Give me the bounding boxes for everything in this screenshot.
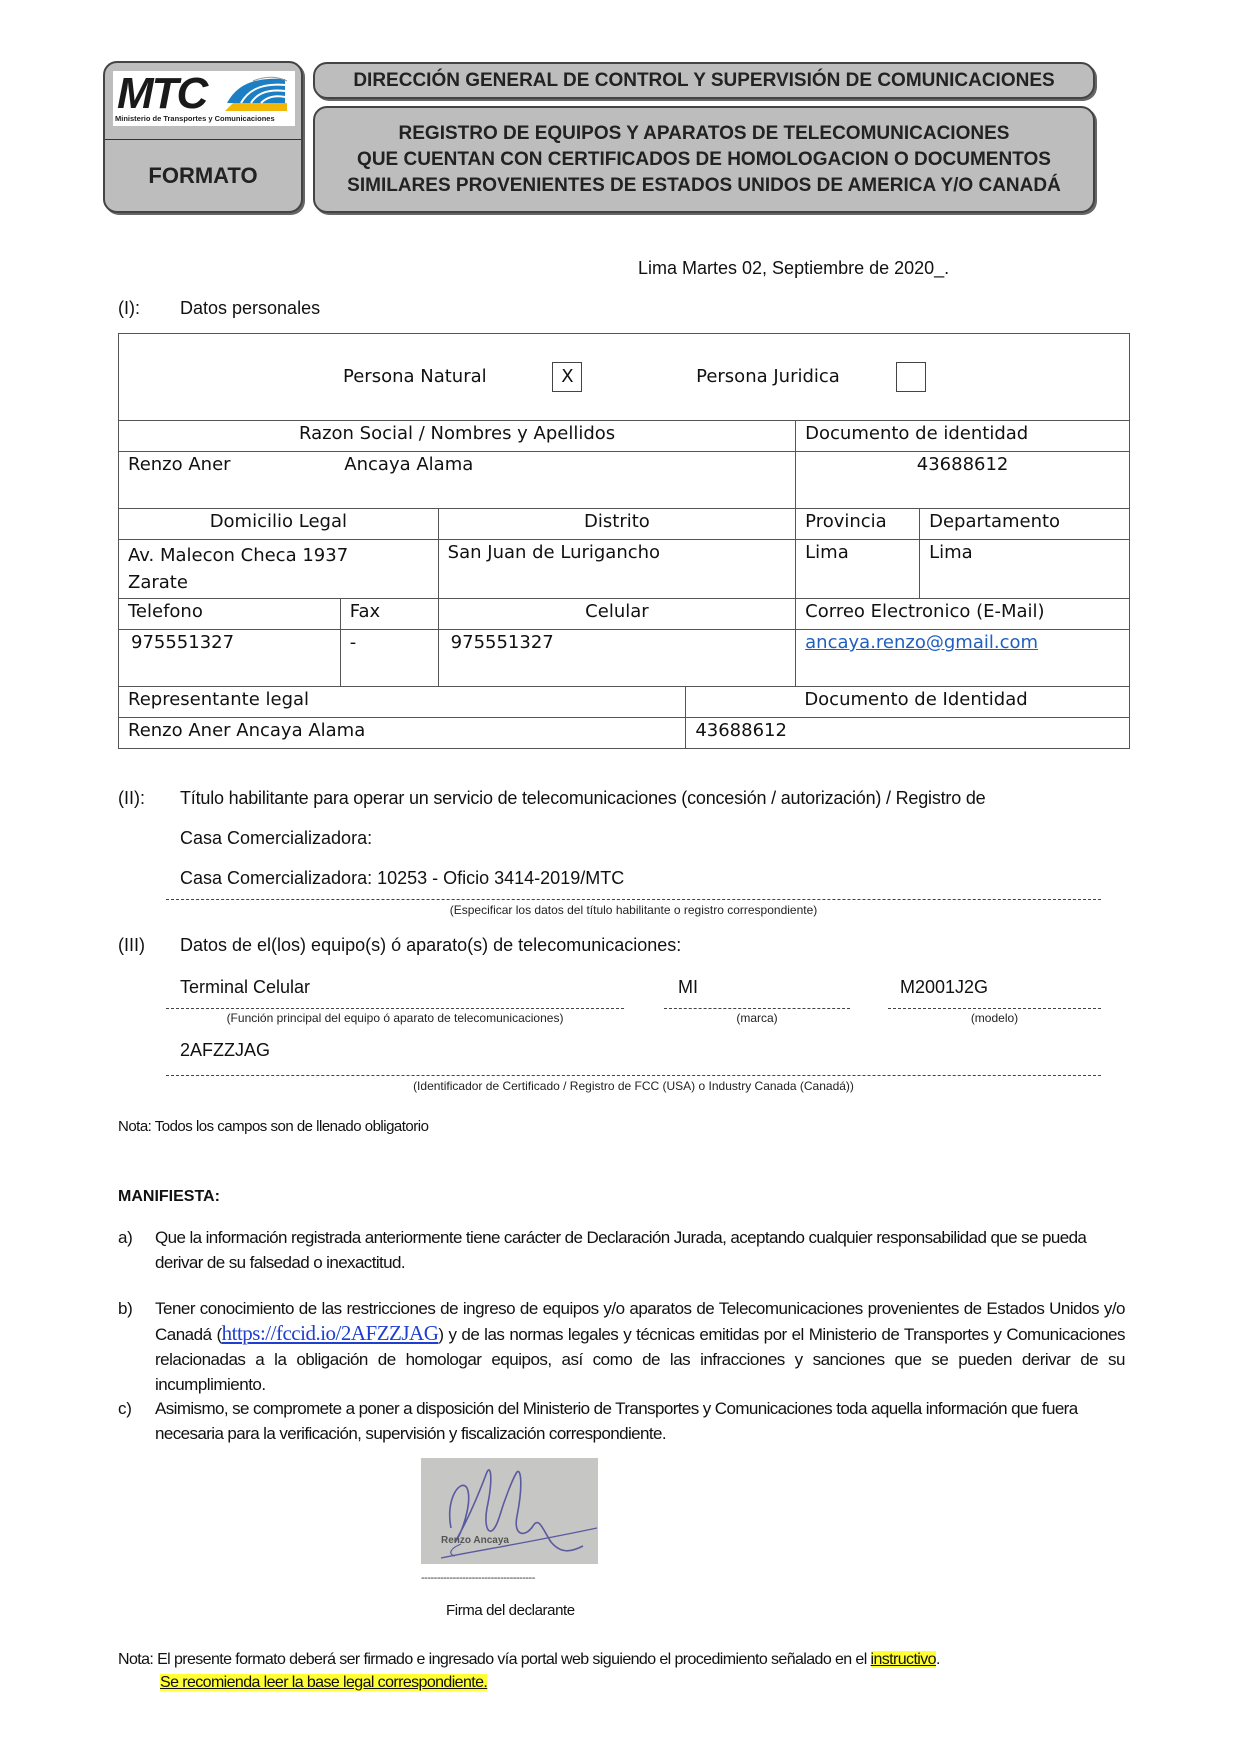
signature-line: ------------------------------------ — [421, 1572, 535, 1584]
item-a-text: Que la información registrada anteriorme… — [155, 1225, 1125, 1275]
nombres-value: Renzo Aner — [128, 454, 231, 475]
marca-value[interactable]: MI — [678, 977, 698, 998]
telefono-header: Telefono — [119, 599, 341, 630]
item-c-text: Asimismo, se compromete a poner a dispos… — [155, 1396, 1125, 1446]
logo-subtitle: Ministerio de Transportes y Comunicacion… — [115, 114, 275, 123]
personal-data-table: Persona Natural X Persona Juridica Razon… — [118, 333, 1130, 749]
section-2-caption: (Especificar los datos del título habili… — [166, 903, 1101, 917]
logo-format-box: MTC Ministerio de Transportes y Comunica… — [103, 61, 303, 213]
rep-doc-header: Documento de Identidad — [686, 687, 1130, 718]
item-b-marker: b) — [118, 1296, 133, 1321]
mtc-logo: MTC Ministerio de Transportes y Comunica… — [113, 71, 295, 126]
domicilio-header: Domicilio Legal — [119, 509, 439, 540]
email-link[interactable]: ancaya.renzo@gmail.com — [805, 632, 1038, 653]
dashed-line — [166, 899, 1101, 900]
section-2-value[interactable]: Casa Comercializadora: 10253 - Oficio 34… — [180, 868, 624, 889]
footer-note-suffix: . — [936, 1651, 940, 1668]
divider — [105, 139, 301, 140]
directorate-text: DIRECCIÓN GENERAL DE CONTROL Y SUPERVISI… — [353, 70, 1054, 92]
logo-wave-icon — [223, 75, 289, 113]
logo-text: MTC — [117, 71, 206, 117]
persona-juridica-checkbox[interactable] — [896, 362, 926, 392]
provincia-header: Provincia — [796, 509, 920, 540]
domicilio-line2: Zarate — [128, 569, 429, 596]
section-2-number: (II): — [118, 788, 145, 809]
telefono-field[interactable]: 975551327 — [119, 630, 341, 687]
footer-note-text: Nota: El presente formato deberá ser fir… — [118, 1651, 871, 1668]
provincia-field[interactable]: Lima — [796, 540, 920, 599]
dashed-line — [888, 1008, 1101, 1009]
required-note: Nota: Todos los campos son de llenado ob… — [118, 1118, 428, 1135]
title-line: SIMILARES PROVENIENTES DE ESTADOS UNIDOS… — [347, 173, 1061, 199]
section-2-subtitle: Casa Comercializadora: — [180, 828, 372, 849]
rep-doc-field[interactable]: 43688612 — [686, 718, 1130, 749]
funcion-caption: (Función principal del equipo ó aparato … — [166, 1011, 624, 1025]
email-field[interactable]: ancaya.renzo@gmail.com — [796, 630, 1130, 687]
distrito-field[interactable]: San Juan de Lurigancho — [438, 540, 795, 599]
document-title: REGISTRO DE EQUIPOS Y APARATOS DE TELECO… — [313, 106, 1095, 213]
representante-field[interactable]: Renzo Aner Ancaya Alama — [119, 718, 686, 749]
celular-header: Celular — [438, 599, 795, 630]
distrito-header: Distrito — [438, 509, 795, 540]
celular-field[interactable]: 975551327 — [438, 630, 795, 687]
apellidos-value: Ancaya Alama — [344, 454, 473, 475]
footer-note: Nota: El presente formato deberá ser fir… — [118, 1651, 940, 1669]
item-a-marker: a) — [118, 1225, 133, 1250]
instructivo-link[interactable]: instructivo — [871, 1651, 936, 1668]
section-1-number: (I): — [118, 298, 140, 319]
dashed-line — [664, 1008, 850, 1009]
persona-juridica-label: Persona Juridica — [696, 366, 840, 387]
modelo-value[interactable]: M2001J2G — [900, 977, 988, 998]
razon-social-header: Razon Social / Nombres y Apellidos — [119, 421, 796, 452]
signature-name: Renzo Ancaya — [441, 1535, 509, 1546]
dashed-line — [166, 1008, 624, 1009]
fcc-link[interactable]: https://fccid.io/2AFZZJAG — [222, 1321, 439, 1345]
section-2-title: Título habilitante para operar un servic… — [180, 788, 1090, 809]
signature-image: Renzo Ancaya — [421, 1458, 598, 1564]
doc-identidad-field[interactable]: 43688612 — [796, 452, 1130, 509]
fax-header: Fax — [340, 599, 438, 630]
domicilio-line1: Av. Malecon Checa 1937 — [128, 542, 429, 569]
persona-natural-checkbox[interactable]: X — [552, 362, 582, 392]
footer-note-line2: Se recomienda leer la base legal corresp… — [160, 1674, 487, 1692]
directorate-title: DIRECCIÓN GENERAL DE CONTROL Y SUPERVISI… — [313, 62, 1095, 99]
manifiesta-heading: MANIFIESTA: — [118, 1188, 220, 1206]
representante-header: Representante legal — [119, 687, 686, 718]
item-c-marker: c) — [118, 1396, 132, 1421]
dashed-line — [166, 1075, 1101, 1076]
signature-scribble-icon — [421, 1458, 598, 1564]
departamento-field[interactable]: Lima — [920, 540, 1130, 599]
funcion-value[interactable]: Terminal Celular — [180, 977, 310, 998]
domicilio-field[interactable]: Av. Malecon Checa 1937 Zarate — [119, 540, 439, 599]
persona-type-row: Persona Natural X Persona Juridica — [119, 334, 1130, 421]
persona-natural-label: Persona Natural — [343, 366, 487, 387]
section-3-title: Datos de el(los) equipo(s) ó aparato(s) … — [180, 935, 681, 956]
item-b-text: Tener conocimiento de las restricciones … — [155, 1296, 1125, 1397]
fax-field[interactable]: - — [340, 630, 438, 687]
title-line: QUE CUENTAN CON CERTIFICADOS DE HOMOLOGA… — [347, 147, 1061, 173]
base-legal-link[interactable]: Se recomienda leer la base legal corresp… — [160, 1674, 487, 1691]
nombres-field[interactable]: Renzo Aner Ancaya Alama — [119, 452, 796, 509]
title-line: REGISTRO DE EQUIPOS Y APARATOS DE TELECO… — [347, 121, 1061, 147]
identificador-value[interactable]: 2AFZZJAG — [180, 1040, 270, 1061]
signature-label: Firma del declarante — [446, 1602, 575, 1619]
identificador-caption: (Identificador de Certificado / Registro… — [166, 1079, 1101, 1093]
format-label: FORMATO — [105, 163, 301, 189]
section-1-title: Datos personales — [180, 298, 320, 319]
email-header: Correo Electronico (E-Mail) — [796, 599, 1130, 630]
date-line: Lima Martes 02, Septiembre de 2020_. — [638, 258, 949, 279]
modelo-caption: (modelo) — [888, 1011, 1101, 1025]
section-3-number: (III) — [118, 935, 145, 956]
marca-caption: (marca) — [664, 1011, 850, 1025]
departamento-header: Departamento — [920, 509, 1130, 540]
doc-identidad-header: Documento de identidad — [796, 421, 1130, 452]
